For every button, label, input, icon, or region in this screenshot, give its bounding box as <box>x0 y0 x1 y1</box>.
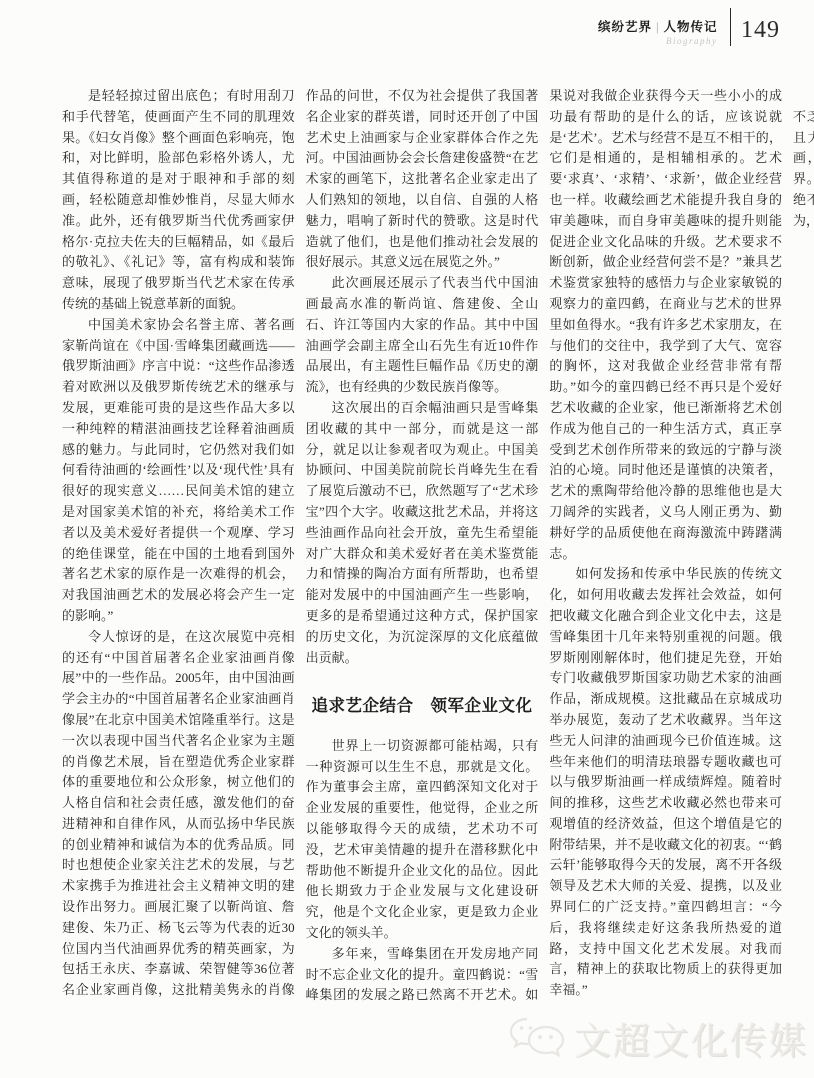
article-paragraph: 中国美术家协会名誉主席、著名画家靳尚谊在《中国·雪峰集团藏画选——俄罗斯油画》序… <box>62 315 295 627</box>
magazine-page: 缤纷艺界|人物传记 Biography 149 是轻轻掠过留出底色；有时用刮刀和… <box>0 0 814 1078</box>
article-paragraph: 这次展出的百余幅油画只是雪峰集团收藏的其中一部分，而就是这一部分，就足以让参观者… <box>306 398 539 668</box>
article-body: 是轻轻掠过留出底色；有时用刮刀和手代替笔，使画面产生不同的肌理效果。《妇女肖像》… <box>62 86 782 1014</box>
subsection-name: 人物传记 <box>663 20 717 34</box>
page-header: 缤纷艺界|人物传记 Biography 149 <box>598 8 780 46</box>
section-heading: 追求艺企结合 领军企业文化 <box>306 695 539 716</box>
header-vertical-rule <box>730 8 732 46</box>
watermark-text: 文超文化传媒 <box>574 1011 808 1065</box>
subsection-name-english: Biography <box>598 36 718 46</box>
chat-bubbles-icon <box>506 1015 568 1066</box>
header-section-title: 缤纷艺界|人物传记 <box>598 17 718 35</box>
section-separator: | <box>652 20 664 34</box>
article-paragraph: 在一般人的印象中，企业的藏画虽不乏有名家的作品，但一般精品不多，且大都为应酬之作… <box>793 86 814 232</box>
header-titles: 缤纷艺界|人物传记 Biography <box>598 9 727 46</box>
article-paragraph: 世界上一切资源都可能枯竭，只有一种资源可以生生不息，那就是文化。作为董事会主席，… <box>306 736 539 944</box>
page-number: 149 <box>741 11 780 44</box>
publisher-watermark: 文超文化传媒 <box>506 1009 808 1066</box>
section-name: 缤纷艺界 <box>598 20 652 34</box>
article-paragraph: 如何发扬和传承中华民族的传统文化，如何用收藏去发挥社会效益，如何把收藏文化融合到… <box>549 564 782 1001</box>
article-paragraph: 此次画展还展示了代表当代中国油画最高水准的靳尚谊、詹建俊、全山石、许江等国内大家… <box>306 273 539 398</box>
article-paragraph: 是轻轻掠过留出底色；有时用刮刀和手代替笔，使画面产生不同的肌理效果。《妇女肖像》… <box>62 86 295 315</box>
